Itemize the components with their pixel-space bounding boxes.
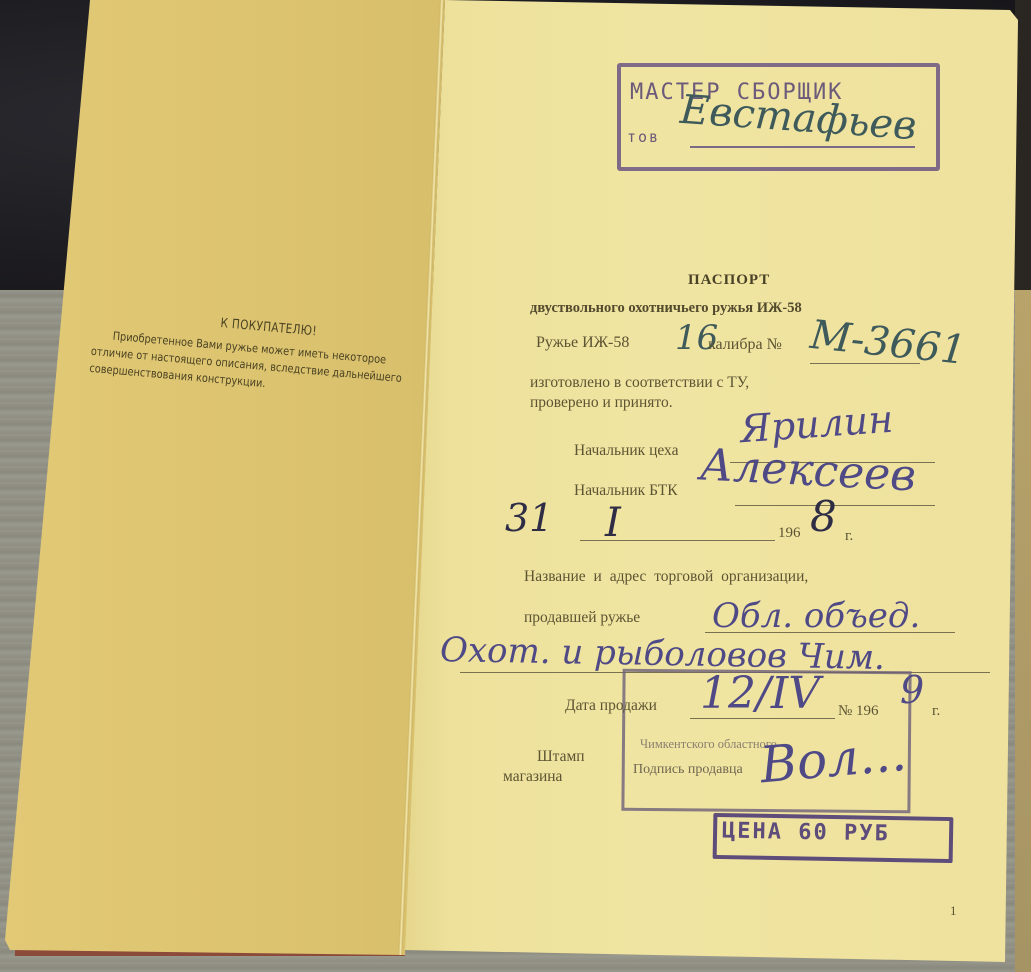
shop-label: магазина bbox=[503, 768, 562, 786]
passport-title: ПАСПОРТ bbox=[688, 272, 770, 289]
shop-stamp-region: Чимкентского областного bbox=[640, 737, 777, 752]
caliber-label: калибра № bbox=[708, 336, 782, 354]
qc-head-label: Начальник БТК bbox=[574, 482, 678, 500]
shop-head-label: Начальник цеха bbox=[574, 442, 678, 460]
assembler-stamp-prefix: тов bbox=[627, 128, 660, 146]
checked-text: проверено и принято. bbox=[530, 394, 673, 412]
manufacture-year-prefix: 196 bbox=[778, 525, 801, 542]
sale-year-suffix: 9 bbox=[900, 668, 924, 712]
sold-by-label: продавшей ружье bbox=[524, 609, 640, 627]
manufacture-year-suffix: 8 bbox=[810, 492, 837, 541]
seller-signature-label: Подпись продавца bbox=[633, 762, 743, 778]
passport-subtitle: двуствольного охотничьего ружья ИЖ-58 bbox=[530, 300, 802, 317]
manufacture-day: 31 bbox=[505, 496, 553, 540]
sale-date-label: Дата продажи bbox=[565, 697, 657, 715]
background-edge-wood bbox=[1015, 290, 1031, 972]
org-handwritten-1: Обл. объед. bbox=[712, 596, 920, 636]
sale-year-unit: г. bbox=[932, 703, 940, 720]
manufacture-month: I bbox=[605, 500, 621, 546]
page-number: 1 bbox=[950, 903, 957, 919]
org-label: Название и адрес торговой организации, bbox=[524, 568, 808, 586]
price-stamp-text: ЦЕНА 60 РУБ bbox=[722, 819, 890, 847]
sale-number-label: № 196 bbox=[838, 703, 879, 720]
stamp-label: Штамп bbox=[537, 748, 585, 766]
conformity-text: изготовлено в соответствии с ТУ, bbox=[530, 374, 749, 392]
sale-date-handwritten: 12/IV bbox=[700, 668, 820, 719]
manufacture-year-unit: г. bbox=[845, 528, 853, 545]
gun-model-label: Ружье ИЖ-58 bbox=[536, 334, 629, 352]
